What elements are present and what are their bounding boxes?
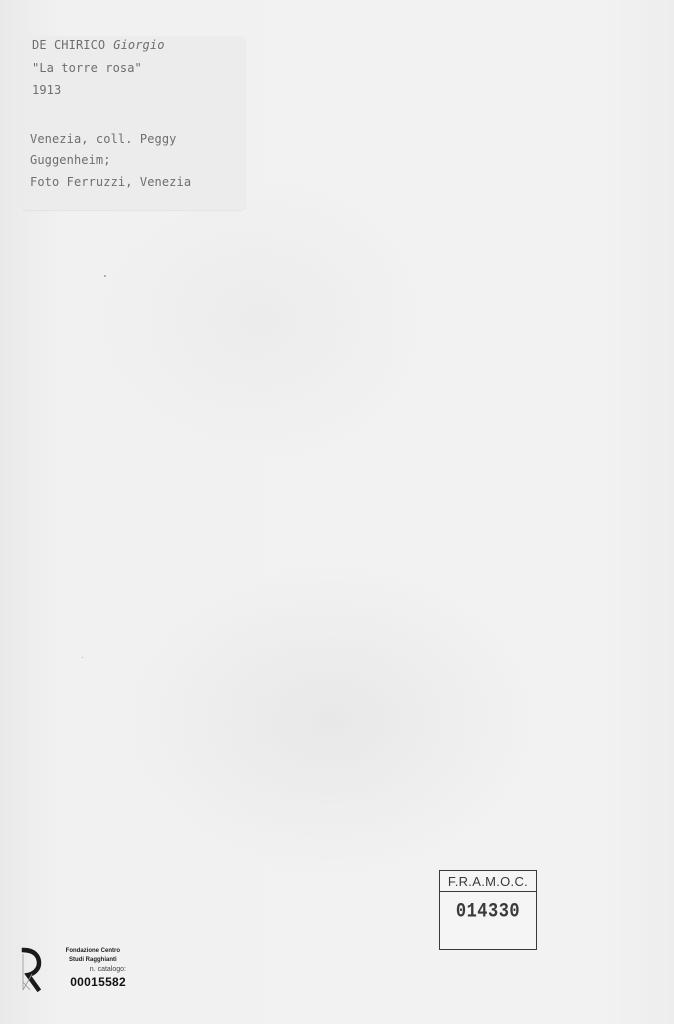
foundation-catalog-label: Fondazione Centro Studi Ragghianti n. ca… xyxy=(16,944,126,996)
foundation-name-line2: Studi Ragghianti xyxy=(66,956,120,965)
foundation-name-line1: Fondazione Centro xyxy=(66,947,120,956)
artist-given-name: Giorgio xyxy=(113,38,164,52)
paper-speck xyxy=(82,657,83,658)
stamp-number: 014330 xyxy=(440,901,536,924)
paper-speck xyxy=(104,275,106,277)
framoc-stamp: F.R.A.M.O.C. 014330 xyxy=(439,870,537,950)
photo-credit: Foto Ferruzzi, Venezia xyxy=(30,175,191,189)
artwork-title: "La torre rosa" xyxy=(32,61,142,75)
collection-location-line2: Guggenheim; xyxy=(30,153,111,167)
foundation-text: Fondazione Centro Studi Ragghianti n. ca… xyxy=(66,947,126,989)
artist-surname: DE CHIRICO xyxy=(32,38,105,52)
catalog-label: n. catalogo: xyxy=(66,965,126,975)
stamp-header: F.R.A.M.O.C. xyxy=(440,871,536,892)
catalog-number: 00015582 xyxy=(66,975,126,989)
collection-location-line1: Venezia, coll. Peggy xyxy=(30,132,177,146)
stylized-r-logo-icon xyxy=(20,946,42,992)
artist-name: DE CHIRICOGiorgio xyxy=(32,38,165,52)
artwork-year: 1913 xyxy=(32,83,61,97)
